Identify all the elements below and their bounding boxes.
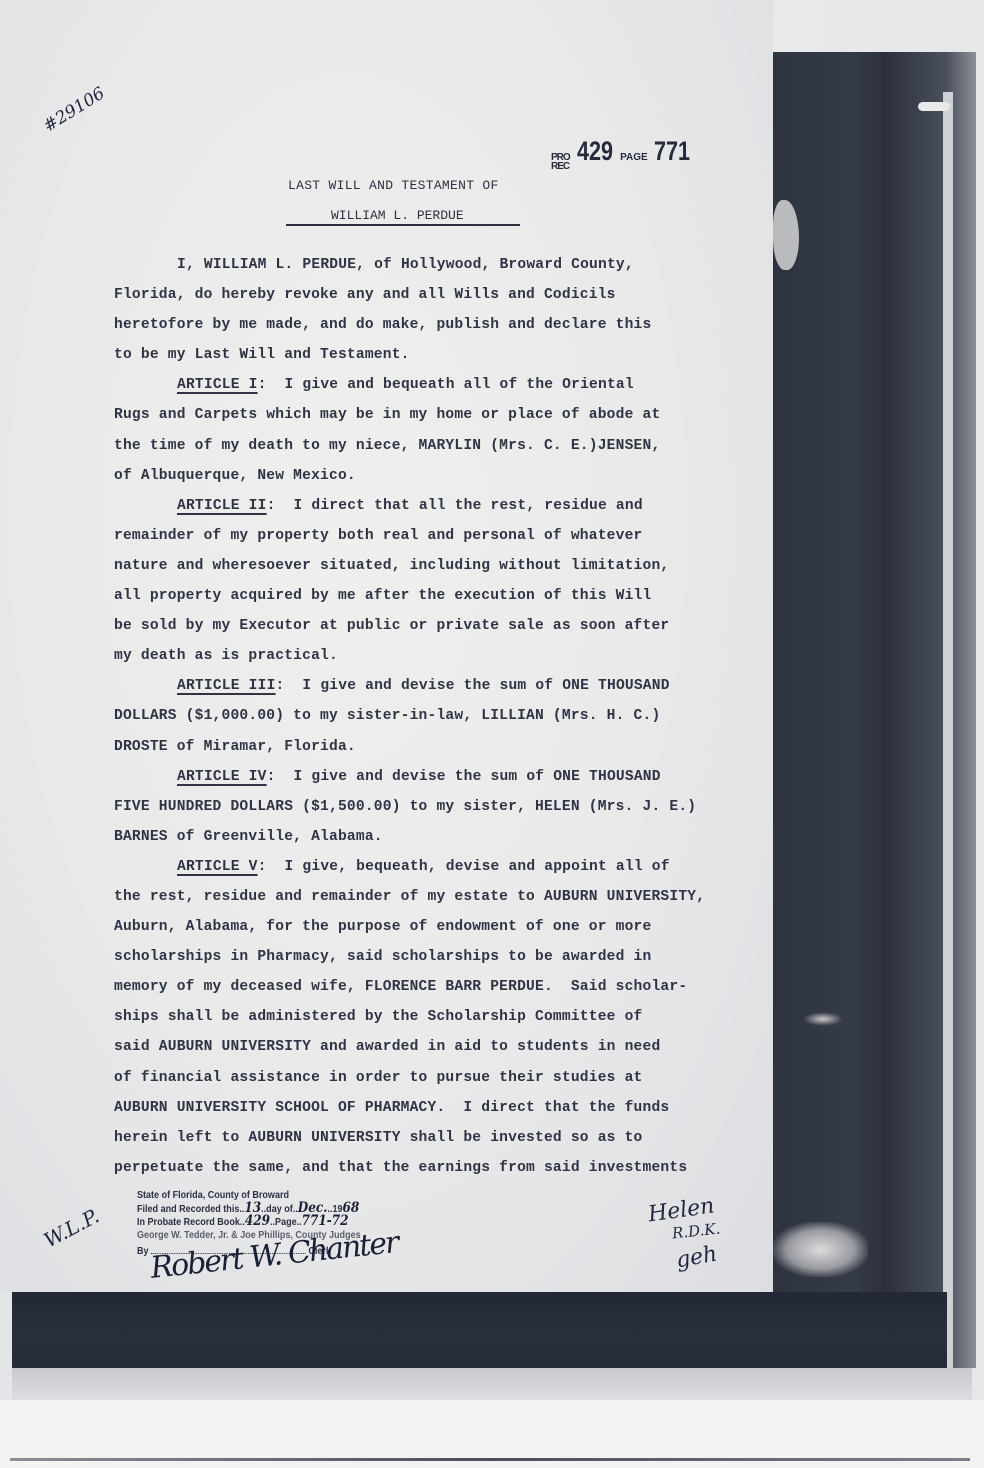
article-heading: ARTICLE I <box>177 377 258 393</box>
article-heading: ARTICLE V <box>177 859 258 875</box>
body-line: ships shall be administered by the Schol… <box>114 1002 734 1032</box>
line-text: memory of my deceased wife, FLORENCE BAR… <box>114 979 687 995</box>
filing-label: Page <box>275 1216 297 1228</box>
record-page-label: PAGE <box>620 152 648 163</box>
filing-label: By <box>137 1245 149 1257</box>
line-text: perpetuate the same, and that the earnin… <box>114 1160 687 1176</box>
body-line: the time of my death to my niece, MARYLI… <box>114 431 734 461</box>
line-text: to be my Last Will and Testament. <box>114 347 410 363</box>
line-text: all property acquired by me after the ex… <box>114 588 651 604</box>
scan-artifact <box>803 1012 843 1026</box>
filing-book: 429 <box>245 1213 270 1229</box>
scan-dark-bottom-border <box>12 1292 947 1368</box>
body-line: nature and wheresoever situated, includi… <box>114 551 734 581</box>
line-text: DOLLARS ($1,000.00) to my sister-in-law,… <box>114 708 660 724</box>
line-text: nature and wheresoever situated, includi… <box>114 558 669 574</box>
record-book-number: 429 <box>577 136 613 167</box>
article-heading: ARTICLE II <box>177 498 267 514</box>
line-text: Rugs and Carpets which may be in my home… <box>114 407 660 423</box>
article-line: ARTICLE V: I give, bequeath, devise and … <box>114 852 734 882</box>
body-line: my death as is practical. <box>114 641 734 671</box>
article-line: ARTICLE IV: I give and devise the sum of… <box>114 762 734 792</box>
filing-label: In Probate Record Book <box>137 1216 240 1228</box>
line-text: FIVE HUNDRED DOLLARS ($1,500.00) to my s… <box>114 799 696 815</box>
body-line: perpetuate the same, and that the earnin… <box>114 1153 734 1183</box>
scan-dark-right-border <box>773 52 976 1368</box>
testator-name-title: WILLIAM L. PERDUE <box>331 208 464 223</box>
body-line: be sold by my Executor at public or priv… <box>114 611 734 641</box>
scan-edge-strip <box>943 92 953 1392</box>
body-line: to be my Last Will and Testament. <box>114 340 734 370</box>
body-line: DOLLARS ($1,000.00) to my sister-in-law,… <box>114 701 734 731</box>
title-underline <box>286 224 520 226</box>
line-text: scholarships in Pharmacy, said scholarsh… <box>114 949 651 965</box>
line-text: of financial assistance in order to purs… <box>114 1070 643 1086</box>
body-line: remainder of my property both real and p… <box>114 521 734 551</box>
line-text: be sold by my Executor at public or priv… <box>114 618 669 634</box>
body-line: Rugs and Carpets which may be in my home… <box>114 400 734 430</box>
article-heading: ARTICLE III <box>177 678 276 694</box>
body-line: of financial assistance in order to purs… <box>114 1063 734 1093</box>
filing-label: Filed and Recorded this <box>137 1203 239 1215</box>
scan-artifact <box>918 102 950 111</box>
article-heading: ARTICLE IV <box>177 769 267 785</box>
body-line: the rest, residue and remainder of my es… <box>114 882 734 912</box>
line-text: ships shall be administered by the Schol… <box>114 1009 643 1025</box>
body-line: of Albuquerque, New Mexico. <box>114 461 734 491</box>
body-line: FIVE HUNDRED DOLLARS ($1,500.00) to my s… <box>114 792 734 822</box>
body-line: Auburn, Alabama, for the purpose of endo… <box>114 912 734 942</box>
record-book-stamp: PRO REC 429 PAGE 771 <box>551 136 699 171</box>
line-text: I, WILLIAM L. PERDUE, of Hollywood, Brow… <box>177 257 634 273</box>
line-text: the time of my death to my niece, MARYLI… <box>114 438 660 454</box>
line-text: Auburn, Alabama, for the purpose of endo… <box>114 919 651 935</box>
line-text: heretofore by me made, and do make, publ… <box>114 317 651 333</box>
body-line: herein left to AUBURN UNIVERSITY shall b… <box>114 1123 734 1153</box>
line-text: : I give, bequeath, devise and appoint a… <box>258 859 670 875</box>
line-text: remainder of my property both real and p… <box>114 528 643 544</box>
line-text: : I give and devise the sum of ONE THOUS… <box>276 678 670 694</box>
filing-line-book: In Probate Record Book..429..Page..771-7… <box>137 1215 361 1229</box>
filing-pages: 771-72 <box>302 1213 349 1229</box>
line-text: AUBURN UNIVERSITY SCHOOL OF PHARMACY. I … <box>114 1100 669 1116</box>
document-title: LAST WILL AND TESTAMENT OF <box>288 178 499 193</box>
scan-artifact <box>773 200 799 270</box>
record-book-label: PRO REC <box>551 153 571 171</box>
line-text: my death as is practical. <box>114 648 338 664</box>
line-text: of Albuquerque, New Mexico. <box>114 468 356 484</box>
body-line: I, WILLIAM L. PERDUE, of Hollywood, Brow… <box>114 250 734 280</box>
body-line: AUBURN UNIVERSITY SCHOOL OF PHARMACY. I … <box>114 1093 734 1123</box>
article-line: ARTICLE II: I direct that all the rest, … <box>114 491 734 521</box>
record-page-number: 771 <box>654 136 690 167</box>
body-line: memory of my deceased wife, FLORENCE BAR… <box>114 972 734 1002</box>
body-line: DROSTE of Miramar, Florida. <box>114 732 734 762</box>
line-text: Florida, do hereby revoke any and all Wi… <box>114 287 616 303</box>
body-line: BARNES of Greenville, Alabama. <box>114 822 734 852</box>
line-text: DROSTE of Miramar, Florida. <box>114 739 356 755</box>
article-line: ARTICLE I: I give and bequeath all of th… <box>114 370 734 400</box>
line-text: BARNES of Greenville, Alabama. <box>114 829 383 845</box>
line-text: : I give and devise the sum of ONE THOUS… <box>267 769 661 785</box>
scan-gray-band <box>12 1368 972 1400</box>
body-line: Florida, do hereby revoke any and all Wi… <box>114 280 734 310</box>
line-text: : I direct that all the rest, residue an… <box>267 498 643 514</box>
line-text: herein left to AUBURN UNIVERSITY shall b… <box>114 1130 643 1146</box>
line-text: : I give and bequeath all of the Orienta… <box>258 377 634 393</box>
article-line: ARTICLE III: I give and devise the sum o… <box>114 671 734 701</box>
will-body-text: I, WILLIAM L. PERDUE, of Hollywood, Brow… <box>114 250 734 1183</box>
line-text: the rest, residue and remainder of my es… <box>114 889 705 905</box>
scan-bottom-line <box>10 1458 970 1461</box>
body-line: heretofore by me made, and do make, publ… <box>114 310 734 340</box>
body-line: scholarships in Pharmacy, said scholarsh… <box>114 942 734 972</box>
body-line: all property acquired by me after the ex… <box>114 581 734 611</box>
body-line: said AUBURN UNIVERSITY and awarded in ai… <box>114 1032 734 1062</box>
line-text: said AUBURN UNIVERSITY and awarded in ai… <box>114 1039 660 1055</box>
scan-artifact <box>773 1222 868 1277</box>
